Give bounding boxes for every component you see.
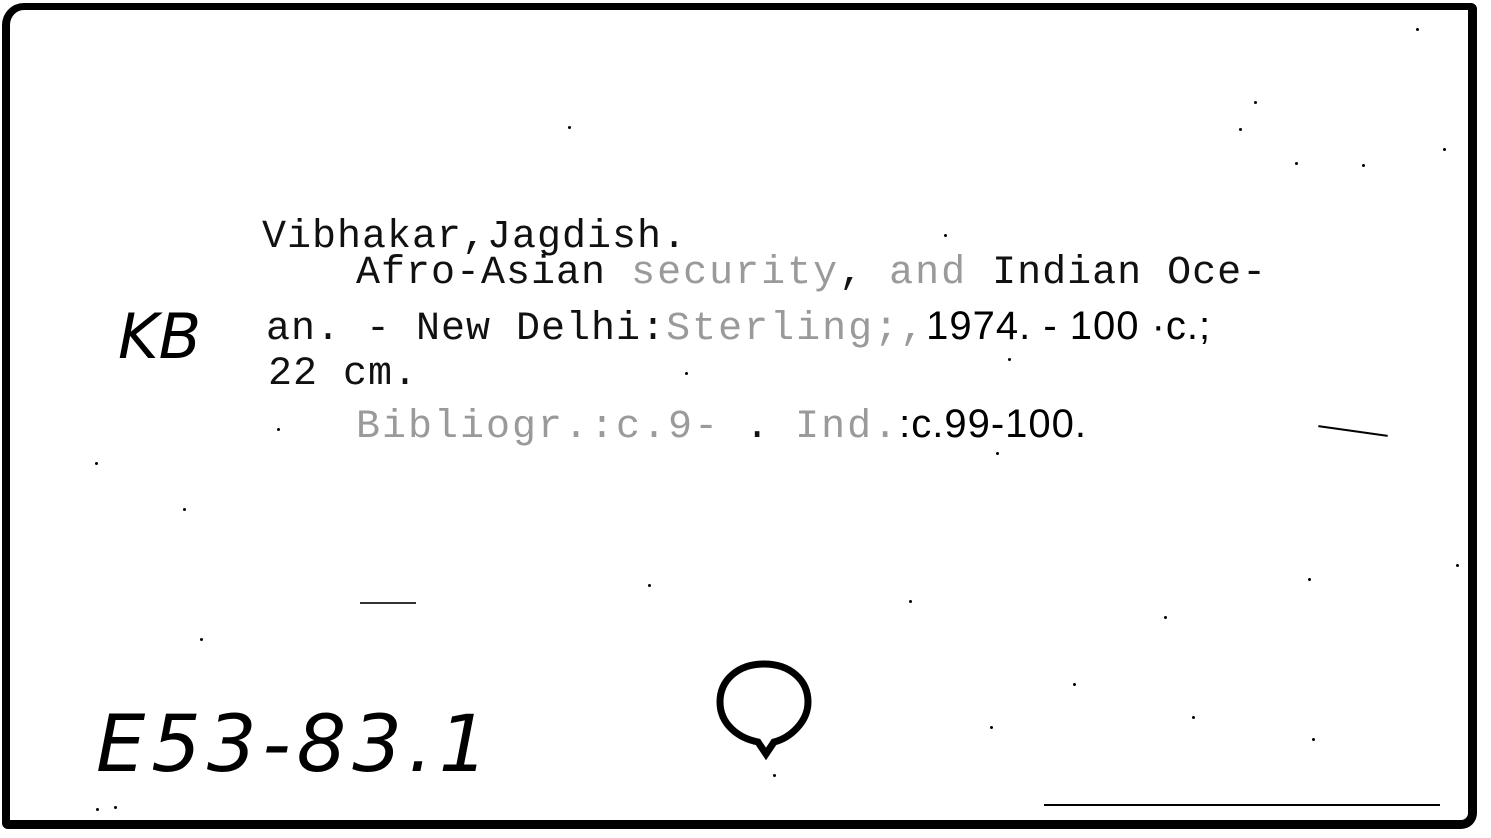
notes-bibliography-range: - [694,405,720,450]
speck [568,126,571,129]
speck [1239,128,1242,131]
speck [1008,358,1011,361]
speck [944,234,947,237]
speck [1254,101,1257,104]
title-end: Indian Oce- [992,251,1267,296]
imprint-year: 1974 [926,304,1019,348]
speck [773,774,776,777]
speck [685,372,688,375]
speck [1456,564,1459,567]
accession-number: E53-83.1 [96,700,494,790]
speck [996,452,999,455]
notes-sep: . [720,405,795,450]
imprint-sep: ;, [874,307,926,352]
imprint-end: . - 100 ·c.; [1019,304,1211,348]
speck [1308,578,1311,581]
title-faint-and: and [889,251,967,296]
speck [1295,162,1298,165]
speck [909,600,912,603]
speck [990,726,993,729]
speck [200,638,203,641]
imprint-start: an. - New Delhi: [266,307,666,352]
speck [1073,683,1076,686]
speck [1443,148,1446,151]
imprint-line: an. - New Delhi:Sterling;,1974. - 100 ·c… [266,306,1211,350]
imprint-publisher: Sterling [666,307,874,352]
notes-line: Bibliogr.:c.9- . Ind.:c.99-100. [356,404,1087,448]
title-line: Afro-Asian security, and Indian Oce- [356,254,1267,294]
stray-dashes [360,602,416,604]
speck [183,508,186,511]
notes-index-label: Ind. [795,405,899,450]
bottom-rule [1044,804,1440,806]
notes-index-pages: :c.99-100. [899,402,1087,446]
speck [1312,738,1315,741]
speck [1416,28,1419,31]
speck [1192,716,1195,719]
speck [1164,616,1167,619]
physical-description-line: 22 cm. [268,355,418,395]
title-start: Afro-Asian [356,251,606,296]
speck [277,428,280,431]
speck [96,808,99,811]
speck [648,584,651,587]
speck [1362,164,1365,167]
shelf-mark: KB [118,300,201,373]
speck [114,806,117,809]
notes-bibliography: Bibliogr.:c.9 [356,405,694,450]
title-faint-word: security [631,251,839,296]
punch-hole-icon [712,656,816,760]
speck [95,462,98,465]
